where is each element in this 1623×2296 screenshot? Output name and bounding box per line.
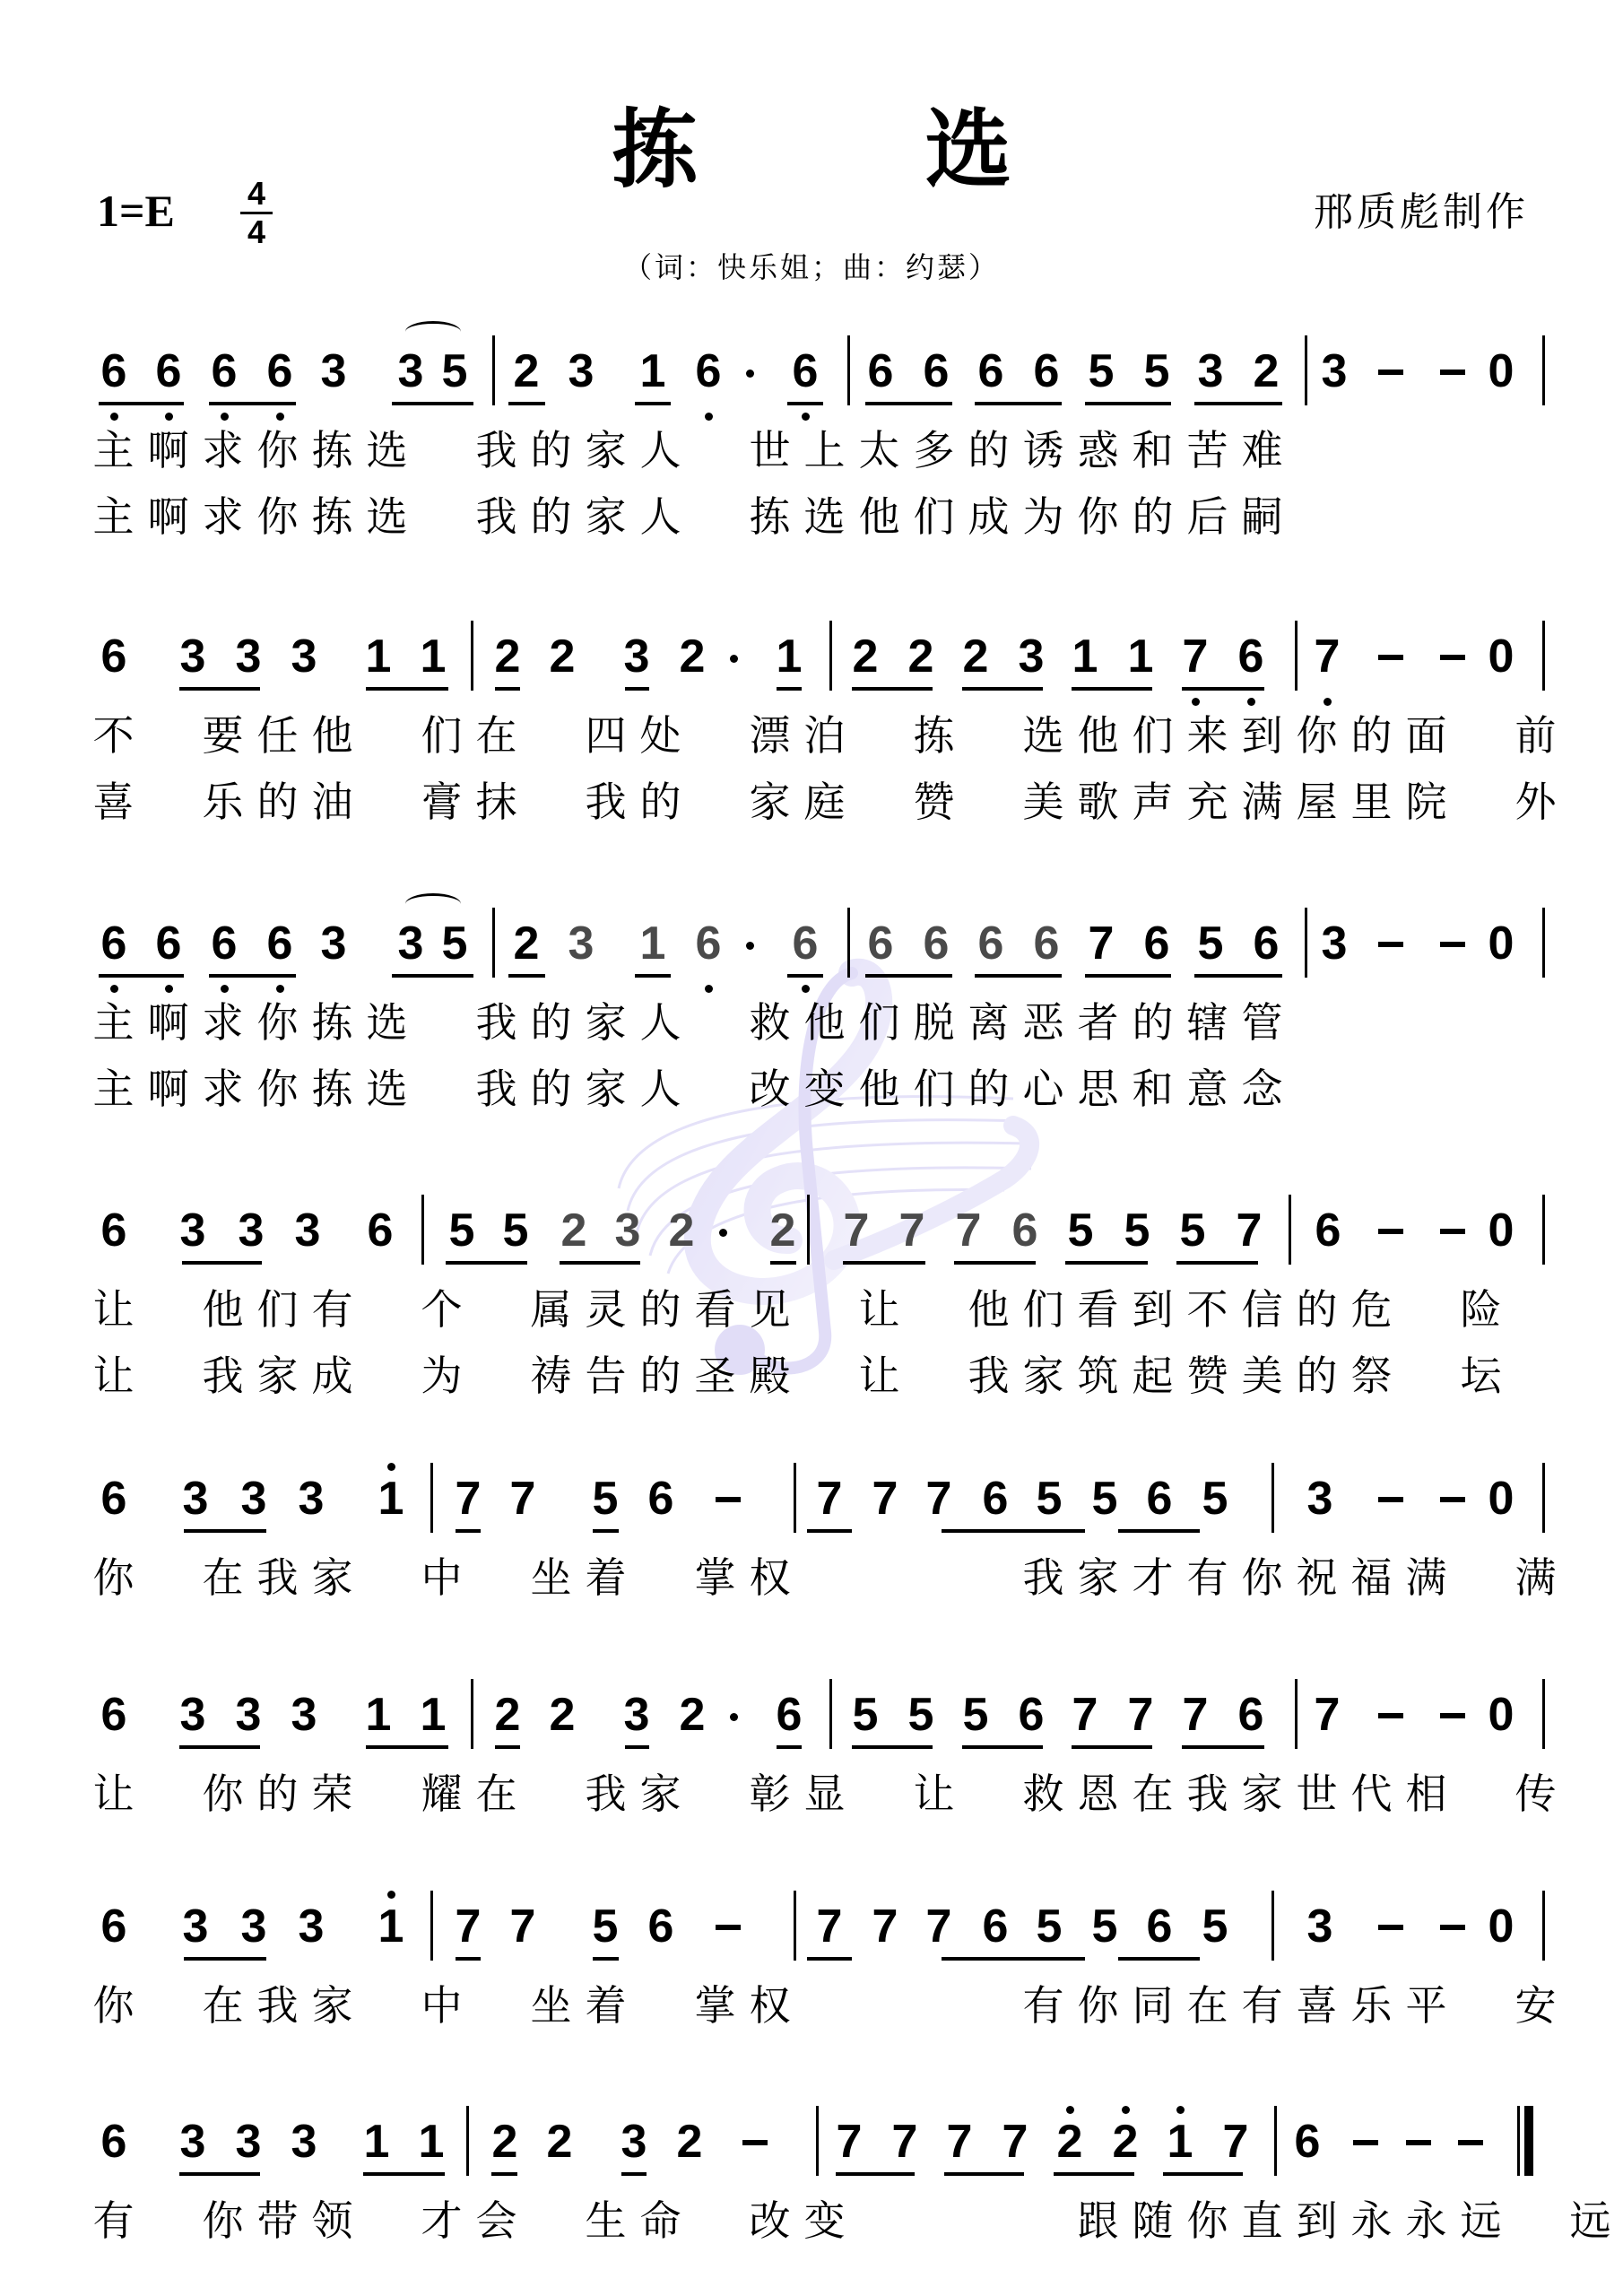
barline bbox=[1542, 1891, 1545, 1961]
note: 6 bbox=[1286, 2118, 1329, 2165]
note: 5 bbox=[440, 1207, 483, 1254]
note: 6 bbox=[203, 920, 246, 967]
note: 7 bbox=[994, 2118, 1037, 2165]
note: 6 bbox=[1306, 1207, 1350, 1254]
note: 6 bbox=[1245, 920, 1288, 967]
note: 3 bbox=[1189, 348, 1232, 395]
note: 7 bbox=[1063, 1692, 1107, 1738]
lower-octave-dot bbox=[110, 985, 118, 993]
eighth-underline bbox=[865, 402, 952, 405]
lyric-line: 你 在我家 中 坐着 掌权 我家才有你祝福满 满 bbox=[86, 1552, 1563, 1603]
barline bbox=[1295, 621, 1298, 691]
note: 3 bbox=[174, 1903, 217, 1950]
note: 7 bbox=[890, 1207, 933, 1254]
sustain-dash bbox=[1440, 1497, 1465, 1502]
note: 1 bbox=[410, 2118, 453, 2165]
eighth-underline bbox=[1118, 1529, 1200, 1533]
lower-octave-dot bbox=[221, 985, 229, 993]
note: 3 bbox=[282, 2118, 325, 2165]
sustain-dash bbox=[1458, 2140, 1483, 2145]
eighth-underline bbox=[184, 1957, 266, 1961]
note: 3 bbox=[1313, 920, 1356, 967]
eighth-underline bbox=[635, 974, 671, 978]
note: 2 bbox=[671, 1692, 714, 1738]
note: 3 bbox=[1298, 1475, 1341, 1522]
note: 7 bbox=[917, 1903, 960, 1950]
slur bbox=[405, 321, 461, 343]
eighth-underline bbox=[635, 402, 671, 405]
barline bbox=[1295, 1679, 1298, 1749]
note: 5 bbox=[1135, 348, 1178, 395]
barline bbox=[466, 2106, 469, 2176]
note: 2 bbox=[483, 2118, 526, 2165]
note: 3 bbox=[389, 348, 432, 395]
note: 7 bbox=[1080, 920, 1123, 967]
key-signature: 1=E bbox=[97, 184, 175, 238]
lyricist-composer-credit: （词：快乐姐；曲：约瑟） bbox=[0, 249, 1623, 285]
lower-octave-dot bbox=[165, 413, 173, 421]
note: 1 bbox=[1159, 2118, 1202, 2165]
eighth-underline bbox=[836, 2172, 915, 2176]
eighth-underline bbox=[182, 1261, 262, 1265]
note: 3 bbox=[1298, 1903, 1341, 1950]
sustain-dash bbox=[1378, 655, 1403, 660]
barline bbox=[1305, 335, 1307, 405]
eighth-underline bbox=[1182, 687, 1264, 691]
note: 6 bbox=[974, 1903, 1017, 1950]
lower-octave-dot bbox=[802, 985, 810, 993]
augmentation-dot bbox=[730, 655, 738, 663]
note: 1 bbox=[631, 348, 674, 395]
note: 7 bbox=[828, 2118, 871, 2165]
note: 0 bbox=[1480, 1207, 1523, 1254]
eighth-underline bbox=[446, 1261, 527, 1265]
eighth-underline bbox=[363, 2172, 445, 2176]
eighth-underline bbox=[366, 687, 448, 691]
barline bbox=[430, 1891, 433, 1961]
note: 7 bbox=[808, 1903, 851, 1950]
sustain-dash bbox=[1440, 1229, 1465, 1234]
eighth-underline bbox=[1182, 1745, 1264, 1749]
note: 6 bbox=[784, 348, 827, 395]
augmentation-dot bbox=[746, 942, 754, 950]
lyric-line: 让 他们有 个 属灵的看见 让 他们看到不信的危 险 bbox=[86, 1284, 1508, 1335]
eighth-underline bbox=[179, 687, 260, 691]
note: 2 bbox=[671, 633, 714, 680]
note: 5 bbox=[1028, 1475, 1071, 1522]
note: 7 bbox=[835, 1207, 878, 1254]
upper-octave-dot bbox=[1066, 2106, 1074, 2114]
eighth-underline bbox=[1163, 2172, 1243, 2176]
note: 6 bbox=[1025, 348, 1068, 395]
eighth-underline bbox=[843, 1261, 925, 1265]
barline bbox=[1271, 1891, 1274, 1961]
eighth-underline bbox=[1065, 1261, 1148, 1265]
augmentation-dot bbox=[730, 1713, 738, 1721]
note: 6 bbox=[92, 1692, 135, 1738]
eighth-underline bbox=[1072, 1745, 1152, 1749]
note: 6 bbox=[92, 1207, 135, 1254]
augmentation-dot bbox=[746, 370, 754, 378]
note: 5 bbox=[584, 1903, 627, 1950]
barline bbox=[1542, 1463, 1545, 1533]
sustain-dash bbox=[1440, 370, 1465, 375]
note: 6 bbox=[915, 920, 958, 967]
note: 3 bbox=[612, 2118, 655, 2165]
sustain-dash bbox=[1378, 942, 1403, 947]
lower-octave-dot bbox=[110, 413, 118, 421]
note: 1 bbox=[357, 633, 400, 680]
note: 7 bbox=[883, 2118, 926, 2165]
note: 2 bbox=[660, 1207, 703, 1254]
note: 1 bbox=[412, 1692, 455, 1738]
note: 0 bbox=[1480, 920, 1523, 967]
note: 3 bbox=[227, 2118, 270, 2165]
sustain-dash bbox=[716, 1925, 741, 1930]
note: 3 bbox=[615, 633, 658, 680]
note: 6 bbox=[147, 348, 190, 395]
barline bbox=[1271, 1463, 1274, 1533]
lower-octave-dot bbox=[705, 413, 713, 421]
upper-octave-dot bbox=[387, 1463, 395, 1471]
note: 6 bbox=[359, 1207, 402, 1254]
eighth-underline bbox=[625, 687, 649, 691]
note: 7 bbox=[917, 1475, 960, 1522]
note: 0 bbox=[1480, 1903, 1523, 1950]
final-barline-thin bbox=[1517, 2106, 1520, 2176]
lower-octave-dot bbox=[276, 985, 284, 993]
note: 6 bbox=[1025, 920, 1068, 967]
note: 3 bbox=[615, 1692, 658, 1738]
note: 3 bbox=[389, 920, 432, 967]
note: 6 bbox=[768, 1692, 811, 1738]
note: 7 bbox=[947, 1207, 990, 1254]
lyric-line: 让 我家成 为 祷告的圣殿 让 我家筑起赞美的祭 坛 bbox=[86, 1351, 1508, 1401]
barline bbox=[1542, 1679, 1545, 1749]
note: 5 bbox=[433, 348, 476, 395]
eighth-underline bbox=[787, 974, 823, 978]
note: 6 bbox=[92, 348, 135, 395]
eighth-underline bbox=[852, 687, 933, 691]
eighth-underline bbox=[495, 687, 520, 691]
barline bbox=[816, 2106, 819, 2176]
time-signature-numerator: 4 bbox=[240, 178, 273, 214]
note: 5 bbox=[1171, 1207, 1214, 1254]
note: 1 bbox=[412, 633, 455, 680]
note: 7 bbox=[808, 1475, 851, 1522]
upper-octave-dot bbox=[1122, 2106, 1130, 2114]
note: 6 bbox=[639, 1903, 682, 1950]
lyric-line: 喜 乐的油 膏抹 我的 家庭 赞 美歌声充满屋里院 外 bbox=[86, 777, 1563, 827]
note: 6 bbox=[92, 920, 135, 967]
note: 5 bbox=[1189, 920, 1232, 967]
note: 3 bbox=[560, 920, 603, 967]
eighth-underline bbox=[593, 1529, 619, 1533]
note: 5 bbox=[1080, 348, 1123, 395]
note: 3 bbox=[171, 2118, 214, 2165]
note: 5 bbox=[1059, 1207, 1102, 1254]
sustain-dash bbox=[1378, 1925, 1403, 1930]
note: 1 bbox=[369, 1903, 412, 1950]
sustain-dash bbox=[716, 1497, 741, 1502]
note: 2 bbox=[552, 1207, 595, 1254]
note: 0 bbox=[1480, 348, 1523, 395]
barline bbox=[1305, 908, 1307, 978]
note: 5 bbox=[494, 1207, 537, 1254]
eighth-underline bbox=[1194, 974, 1282, 978]
note: 3 bbox=[560, 348, 603, 395]
sustain-dash bbox=[1378, 1713, 1403, 1718]
eighth-underline bbox=[456, 1957, 481, 1961]
note: 1 bbox=[369, 1475, 412, 1522]
barline bbox=[847, 335, 850, 405]
eighth-underline bbox=[944, 2172, 1024, 2176]
eighth-underline bbox=[456, 1529, 481, 1533]
eighth-underline bbox=[777, 1745, 802, 1749]
eighth-underline bbox=[1072, 687, 1152, 691]
barline bbox=[492, 335, 495, 405]
note: 7 bbox=[1214, 2118, 1257, 2165]
note: 2 bbox=[954, 633, 997, 680]
eighth-underline bbox=[184, 1529, 266, 1533]
eighth-underline bbox=[625, 1745, 649, 1749]
note: 6 bbox=[92, 1903, 135, 1950]
note: 2 bbox=[541, 633, 584, 680]
note: 6 bbox=[1003, 1207, 1046, 1254]
note: 3 bbox=[312, 348, 355, 395]
note: 6 bbox=[147, 920, 190, 967]
note: 7 bbox=[1306, 1692, 1349, 1738]
note: 2 bbox=[505, 348, 548, 395]
note: 3 bbox=[606, 1207, 649, 1254]
sustain-dash bbox=[1440, 1925, 1465, 1930]
lyric-line: 主啊求你拣选 我的家人 改变他们的心思和意念 bbox=[86, 1064, 1289, 1114]
eighth-underline bbox=[99, 402, 184, 405]
eighth-underline bbox=[508, 402, 545, 405]
eighth-underline bbox=[777, 687, 802, 691]
note: 1 bbox=[631, 920, 674, 967]
note: 7 bbox=[864, 1475, 907, 1522]
eighth-underline bbox=[807, 1529, 852, 1533]
barline bbox=[829, 621, 832, 691]
lower-octave-dot bbox=[276, 413, 284, 421]
note: 6 bbox=[1229, 1692, 1272, 1738]
note: 6 bbox=[974, 1475, 1017, 1522]
eighth-underline bbox=[209, 402, 296, 405]
eighth-underline bbox=[366, 1745, 448, 1749]
note: 5 bbox=[954, 1692, 997, 1738]
arranger-credit: 邢质彪制作 bbox=[1314, 190, 1529, 235]
note: 3 bbox=[232, 1903, 275, 1950]
eighth-underline bbox=[1176, 1261, 1258, 1265]
time-signature-denominator: 4 bbox=[240, 214, 273, 248]
eighth-underline bbox=[179, 2172, 260, 2176]
lyric-line: 让 你的荣 耀在 我家 彰显 让 救恩在我家世代相 传 bbox=[86, 1769, 1563, 1819]
time-signature: 4 4 bbox=[240, 178, 273, 248]
note: 0 bbox=[1480, 1475, 1523, 1522]
note: 0 bbox=[1480, 633, 1523, 680]
eighth-underline bbox=[787, 402, 823, 405]
note: 6 bbox=[92, 2118, 135, 2165]
eighth-underline bbox=[508, 974, 545, 978]
note: 2 bbox=[1048, 2118, 1091, 2165]
sustain-dash bbox=[1440, 942, 1465, 947]
note: 7 bbox=[447, 1903, 490, 1950]
note: 6 bbox=[203, 348, 246, 395]
note: 6 bbox=[687, 920, 730, 967]
note: 3 bbox=[230, 1207, 273, 1254]
note: 6 bbox=[859, 348, 902, 395]
note: 6 bbox=[1229, 633, 1272, 680]
eighth-underline bbox=[770, 1261, 796, 1265]
eighth-underline bbox=[962, 1745, 1043, 1749]
note: 6 bbox=[1010, 1692, 1053, 1738]
note: 2 bbox=[761, 1207, 804, 1254]
barline bbox=[421, 1195, 424, 1265]
barline bbox=[807, 1195, 810, 1265]
note: 6 bbox=[92, 633, 135, 680]
eighth-underline bbox=[852, 1745, 933, 1749]
note: 5 bbox=[1083, 1475, 1126, 1522]
eighth-underline bbox=[954, 1261, 1036, 1265]
note: 5 bbox=[1028, 1903, 1071, 1950]
note: 2 bbox=[844, 633, 887, 680]
note: 7 bbox=[1174, 633, 1217, 680]
note: 0 bbox=[1480, 1692, 1523, 1738]
sustain-dash bbox=[1440, 1713, 1465, 1718]
sustain-dash bbox=[1378, 1229, 1403, 1234]
barline bbox=[829, 1679, 832, 1749]
note: 6 bbox=[92, 1475, 135, 1522]
note: 7 bbox=[1228, 1207, 1271, 1254]
note: 5 bbox=[1083, 1903, 1126, 1950]
eighth-underline bbox=[560, 1261, 640, 1265]
note: 3 bbox=[282, 1692, 325, 1738]
barline bbox=[794, 1891, 796, 1961]
lyric-line: 主啊求你拣选 我的家人 救他们脱离恶者的辖管 bbox=[86, 997, 1289, 1048]
lyric-line: 不 要任他 们在 四处 漂泊 拣 选他们来到你的面 前 bbox=[86, 710, 1563, 761]
sustain-dash bbox=[1378, 370, 1403, 375]
eighth-underline bbox=[621, 2172, 647, 2176]
note: 6 bbox=[859, 920, 902, 967]
note: 3 bbox=[1313, 348, 1356, 395]
augmentation-dot bbox=[719, 1229, 727, 1237]
note: 2 bbox=[538, 2118, 581, 2165]
note: 5 bbox=[1193, 1903, 1237, 1950]
barline bbox=[1542, 1195, 1545, 1265]
note: 1 bbox=[357, 1692, 400, 1738]
eighth-underline bbox=[962, 687, 1043, 691]
eighth-underline bbox=[1118, 1957, 1200, 1961]
note: 6 bbox=[258, 348, 301, 395]
sustain-dash bbox=[1353, 2140, 1378, 2145]
note: 2 bbox=[1245, 348, 1288, 395]
eighth-underline bbox=[179, 1745, 260, 1749]
eighth-underline bbox=[495, 1745, 520, 1749]
barline bbox=[471, 621, 473, 691]
note: 5 bbox=[1115, 1207, 1159, 1254]
note: 7 bbox=[1119, 1692, 1162, 1738]
lyric-line: 主啊求你拣选 我的家人 拣选他们成为你的后嗣 bbox=[86, 491, 1289, 542]
note: 3 bbox=[286, 1207, 329, 1254]
lower-octave-dot bbox=[1247, 698, 1255, 706]
eighth-underline bbox=[807, 1957, 852, 1961]
note: 2 bbox=[486, 1692, 529, 1738]
eighth-underline bbox=[392, 402, 473, 405]
lower-octave-dot bbox=[802, 413, 810, 421]
barline bbox=[1274, 2106, 1277, 2176]
note: 7 bbox=[447, 1475, 490, 1522]
barline bbox=[1542, 908, 1545, 978]
note: 3 bbox=[227, 633, 270, 680]
note: 6 bbox=[915, 348, 958, 395]
note: 2 bbox=[899, 633, 942, 680]
note: 1 bbox=[1063, 633, 1107, 680]
note: 6 bbox=[258, 920, 301, 967]
note: 2 bbox=[541, 1692, 584, 1738]
note: 6 bbox=[1138, 1903, 1181, 1950]
note: 3 bbox=[290, 1903, 333, 1950]
slur bbox=[405, 893, 461, 915]
eighth-underline bbox=[1085, 402, 1171, 405]
eighth-underline bbox=[491, 2172, 517, 2176]
note: 6 bbox=[969, 920, 1012, 967]
note: 7 bbox=[938, 2118, 981, 2165]
eighth-underline bbox=[1002, 1529, 1085, 1533]
eighth-underline bbox=[392, 974, 473, 978]
note: 5 bbox=[1193, 1475, 1237, 1522]
barline bbox=[471, 1679, 473, 1749]
note: 1 bbox=[1119, 633, 1162, 680]
note: 6 bbox=[969, 348, 1012, 395]
note: 3 bbox=[282, 633, 325, 680]
eighth-underline bbox=[975, 974, 1062, 978]
note: 3 bbox=[1010, 633, 1053, 680]
sustain-dash bbox=[742, 2140, 768, 2145]
eighth-underline bbox=[975, 402, 1062, 405]
lower-octave-dot bbox=[705, 985, 713, 993]
note: 3 bbox=[227, 1692, 270, 1738]
barline bbox=[794, 1463, 796, 1533]
lyric-line: 有 你带领 才会 生命 改变 跟随你直到永永远 远 bbox=[86, 2196, 1618, 2246]
note: 3 bbox=[174, 1475, 217, 1522]
barline bbox=[430, 1463, 433, 1533]
final-barline-thick bbox=[1524, 2106, 1533, 2176]
barline bbox=[1542, 621, 1545, 691]
sustain-dash bbox=[1440, 655, 1465, 660]
note: 5 bbox=[584, 1475, 627, 1522]
lower-octave-dot bbox=[165, 985, 173, 993]
note: 2 bbox=[668, 2118, 711, 2165]
sustain-dash bbox=[1378, 1497, 1403, 1502]
note: 3 bbox=[312, 920, 355, 967]
note: 3 bbox=[171, 633, 214, 680]
note: 7 bbox=[1306, 633, 1349, 680]
lyric-line: 主啊求你拣选 我的家人 世上太多的诱惑和苦难 bbox=[86, 425, 1289, 475]
eighth-underline bbox=[865, 974, 952, 978]
eighth-underline bbox=[593, 1957, 619, 1961]
lower-octave-dot bbox=[221, 413, 229, 421]
eighth-underline bbox=[1002, 1957, 1085, 1961]
note: 7 bbox=[864, 1903, 907, 1950]
lower-octave-dot bbox=[1192, 698, 1200, 706]
note: 5 bbox=[899, 1692, 942, 1738]
note: 6 bbox=[1135, 920, 1178, 967]
barline bbox=[1542, 335, 1545, 405]
note: 6 bbox=[1138, 1475, 1181, 1522]
eighth-underline bbox=[99, 974, 184, 978]
note: 7 bbox=[501, 1475, 544, 1522]
